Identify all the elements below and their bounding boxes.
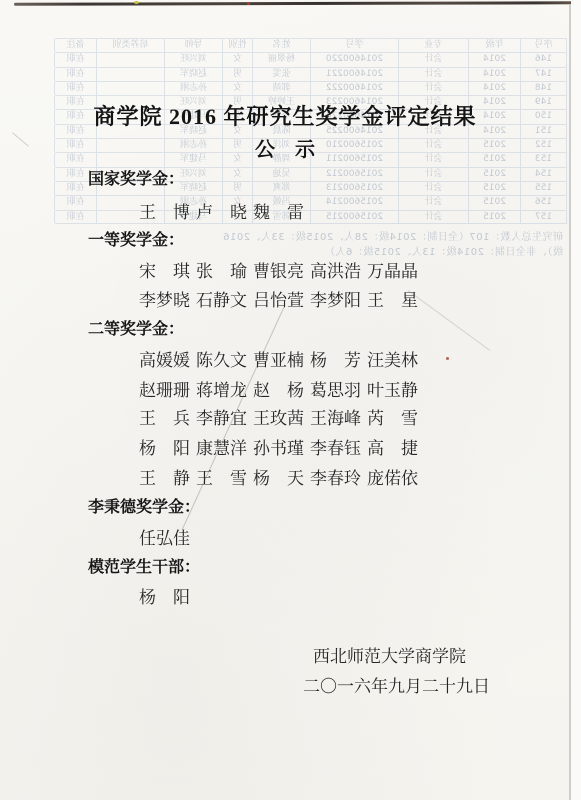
cell: 杨阳 <box>139 434 190 459</box>
row: 王博卢晓魏雷 <box>139 198 310 223</box>
name-row-second-class-3: 王兵李静宜王玫茜王海峰芮雪 <box>139 404 424 429</box>
document-subtitle: 公 示 <box>0 133 570 162</box>
cell: 王海峰 <box>310 404 361 429</box>
cell: 李春钰 <box>310 434 361 459</box>
cell: 学号 <box>310 39 398 52</box>
cell: 会计 <box>398 53 468 66</box>
cell: 李春玲 <box>310 464 361 489</box>
scan-right-margin <box>571 0 581 800</box>
signature-date: 二〇一六年九月二十九日 <box>303 672 490 697</box>
cell: 会计 <box>398 196 468 209</box>
section-heading-national-scholarship: 国家奖学金： <box>88 166 184 189</box>
cell: 154 <box>520 168 566 181</box>
cell <box>96 68 164 81</box>
cell: 2014 <box>468 68 520 81</box>
cell: 赵珊珊 <box>139 376 190 401</box>
cell: 导师 <box>164 39 222 52</box>
cell: 2015 <box>468 182 520 195</box>
cell: 高洪浩 <box>310 257 361 282</box>
cell: 2015 <box>468 196 520 209</box>
cell: 李梦晓 <box>139 286 190 311</box>
cell: 2014 <box>468 53 520 66</box>
cell: 宋琪 <box>139 257 190 282</box>
cell: 王兵 <box>139 404 190 429</box>
cell: 专业 <box>398 39 468 52</box>
cell: 146 <box>520 53 566 66</box>
cell: 女 <box>222 53 252 66</box>
cell: 蒋增龙 <box>196 376 247 401</box>
cell: 培养类别 <box>96 39 164 52</box>
cell: 张雯 <box>252 68 310 81</box>
yellow-speck <box>134 1 139 4</box>
row: 宋琪张瑜曹银亮高洪浩万晶晶 <box>139 257 424 282</box>
cell: 汪美林 <box>367 346 418 371</box>
cell: 魏雷 <box>253 198 304 223</box>
cell: 王星 <box>367 286 418 311</box>
cell: 张瑜 <box>196 257 247 282</box>
cell: 在职 <box>54 53 96 66</box>
row: 1462014会计2014600220杨翠丽女刘兴旺在职 <box>55 52 567 66</box>
cell: 2015600213 <box>310 182 398 195</box>
cell: 高媛媛 <box>139 346 190 371</box>
cell: 在职 <box>54 196 96 209</box>
cell <box>96 82 164 95</box>
cell: 孙书瑾 <box>253 434 304 459</box>
cell: 157 <box>520 211 566 223</box>
name-row-national: 王博卢晓魏雷 <box>139 198 310 223</box>
cell: 王静 <box>139 464 190 489</box>
red-speck-middle <box>446 357 449 360</box>
cell: 万晶晶 <box>367 257 418 282</box>
cell: 会计 <box>398 68 468 81</box>
cell: 会计 <box>398 82 468 95</box>
cell: 陈久文 <box>196 346 247 371</box>
cell: 叶玉静 <box>367 376 418 401</box>
cell: 2014 <box>468 82 520 95</box>
row: 1482014会计2014600222郭靖女孙志刚在职 <box>55 81 567 95</box>
row: 任弘佳 <box>139 524 196 549</box>
cell: 李梦阳 <box>310 286 361 311</box>
row: 1572015会计2015600215韩雪女马建军在职 <box>55 210 567 224</box>
row: 1562015会计2015600214冯媛女孙志刚在职 <box>55 195 567 209</box>
cell: 孙志刚 <box>164 82 222 95</box>
cell: 147 <box>520 68 566 81</box>
cell: 康慧洋 <box>196 434 247 459</box>
name-row-second-class-5: 王静王雪杨天李春玲庞偌依 <box>139 464 424 489</box>
cell: 155 <box>520 182 566 195</box>
cell: 赵杨 <box>253 376 304 401</box>
row: 杨阳 <box>139 583 196 608</box>
cell: 杨天 <box>253 464 304 489</box>
cell: 葛思羽 <box>310 376 361 401</box>
cell: 女 <box>222 168 252 181</box>
name-row-second-class-2: 赵珊珊蒋增龙赵杨葛思羽叶玉静 <box>139 376 424 401</box>
section-heading-second-class: 二等奖学金： <box>88 316 184 339</box>
red-speck-top-left <box>247 2 250 5</box>
cell: 庞偌依 <box>367 464 418 489</box>
cell: 姓名 <box>252 39 310 52</box>
name-row-libingde: 任弘佳 <box>139 524 196 549</box>
cell: 男 <box>222 68 252 81</box>
name-row-first-class-2: 李梦晓石静文吕怡萱李梦阳王星 <box>139 286 424 311</box>
row: 序号年级专业学号姓名性别导师培养类别备注 <box>55 38 567 52</box>
cell: 会计 <box>398 211 468 223</box>
cell: 杨阳 <box>139 583 190 608</box>
cell: 2015 <box>468 168 520 181</box>
signature-organization: 西北师范大学商学院 <box>313 642 466 667</box>
cell: 赵晓军 <box>164 68 222 81</box>
name-row-second-class-1: 高媛媛陈久文曹亚楠杨芳汪美林 <box>139 346 424 371</box>
cell: 性别 <box>222 39 252 52</box>
cell: 吴迪 <box>252 168 310 181</box>
cell: 148 <box>520 82 566 95</box>
cell: 王雪 <box>196 464 247 489</box>
section-heading-model-student-cadre: 模范学生干部： <box>88 554 200 577</box>
cell: 年级 <box>468 39 520 52</box>
cell: 石静文 <box>196 286 247 311</box>
cell: 会计 <box>398 182 468 195</box>
cell: 郭靖 <box>252 82 310 95</box>
cell: 2014600221 <box>310 68 398 81</box>
cell: 杨芳 <box>310 346 361 371</box>
cell: 卢晓 <box>196 198 247 223</box>
cell: 在职 <box>54 68 96 81</box>
row: 杨阳康慧洋孙书瑾李春钰高捷 <box>139 434 424 459</box>
cell: 曹亚楠 <box>253 346 304 371</box>
row: 1472014会计2014600221张雯男赵晓军在职 <box>55 67 567 81</box>
cell: 2015600215 <box>310 211 398 223</box>
cell: 郑爽 <box>252 182 310 195</box>
cell: 在职 <box>54 82 96 95</box>
cell: 在职 <box>54 211 96 223</box>
cell: 备注 <box>54 39 96 52</box>
cell: 刘兴旺 <box>164 53 222 66</box>
name-row-model-student: 杨阳 <box>139 583 196 608</box>
cell: 会计 <box>398 168 468 181</box>
row: 赵珊珊蒋增龙赵杨葛思羽叶玉静 <box>139 376 424 401</box>
scanned-document-page: { "document": { "title_line1": "商学院 2016… <box>0 0 581 800</box>
row: 王兵李静宜王玫茜王海峰芮雪 <box>139 404 424 429</box>
cell: 2015600212 <box>310 168 398 181</box>
section-heading-first-class: 一等奖学金： <box>88 227 184 250</box>
cell: 曹银亮 <box>253 257 304 282</box>
cell: 2015 <box>468 211 520 223</box>
cell <box>96 53 164 66</box>
cell: 156 <box>520 196 566 209</box>
document-title: 商学院 2016 年研究生奖学金评定结果 <box>0 100 570 131</box>
name-row-second-class-4: 杨阳康慧洋孙书瑾李春钰高捷 <box>139 434 424 459</box>
row: 王静王雪杨天李春玲庞偌依 <box>139 464 424 489</box>
cell: 王博 <box>139 198 190 223</box>
cell: 吕怡萱 <box>253 286 304 311</box>
name-row-first-class-1: 宋琪张瑜曹银亮高洪浩万晶晶 <box>139 257 424 282</box>
cell: 杨翠丽 <box>252 53 310 66</box>
row: 高媛媛陈久文曹亚楠杨芳汪美林 <box>139 346 424 371</box>
section-heading-libingde-scholarship: 李秉德奖学金： <box>88 494 200 517</box>
cell: 2014600222 <box>310 82 398 95</box>
cell: 2015600214 <box>310 196 398 209</box>
cell: 任弘佳 <box>139 524 190 549</box>
cell: 高捷 <box>367 434 418 459</box>
cell: 男 <box>222 182 252 195</box>
cell: 序号 <box>520 39 566 52</box>
cell: 2014600220 <box>310 53 398 66</box>
cell: 王玫茜 <box>253 404 304 429</box>
row: 李梦晓石静文吕怡萱李梦阳王星 <box>139 286 424 311</box>
cell: 女 <box>222 82 252 95</box>
cell: 李静宜 <box>196 404 247 429</box>
cell: 芮雪 <box>367 404 418 429</box>
